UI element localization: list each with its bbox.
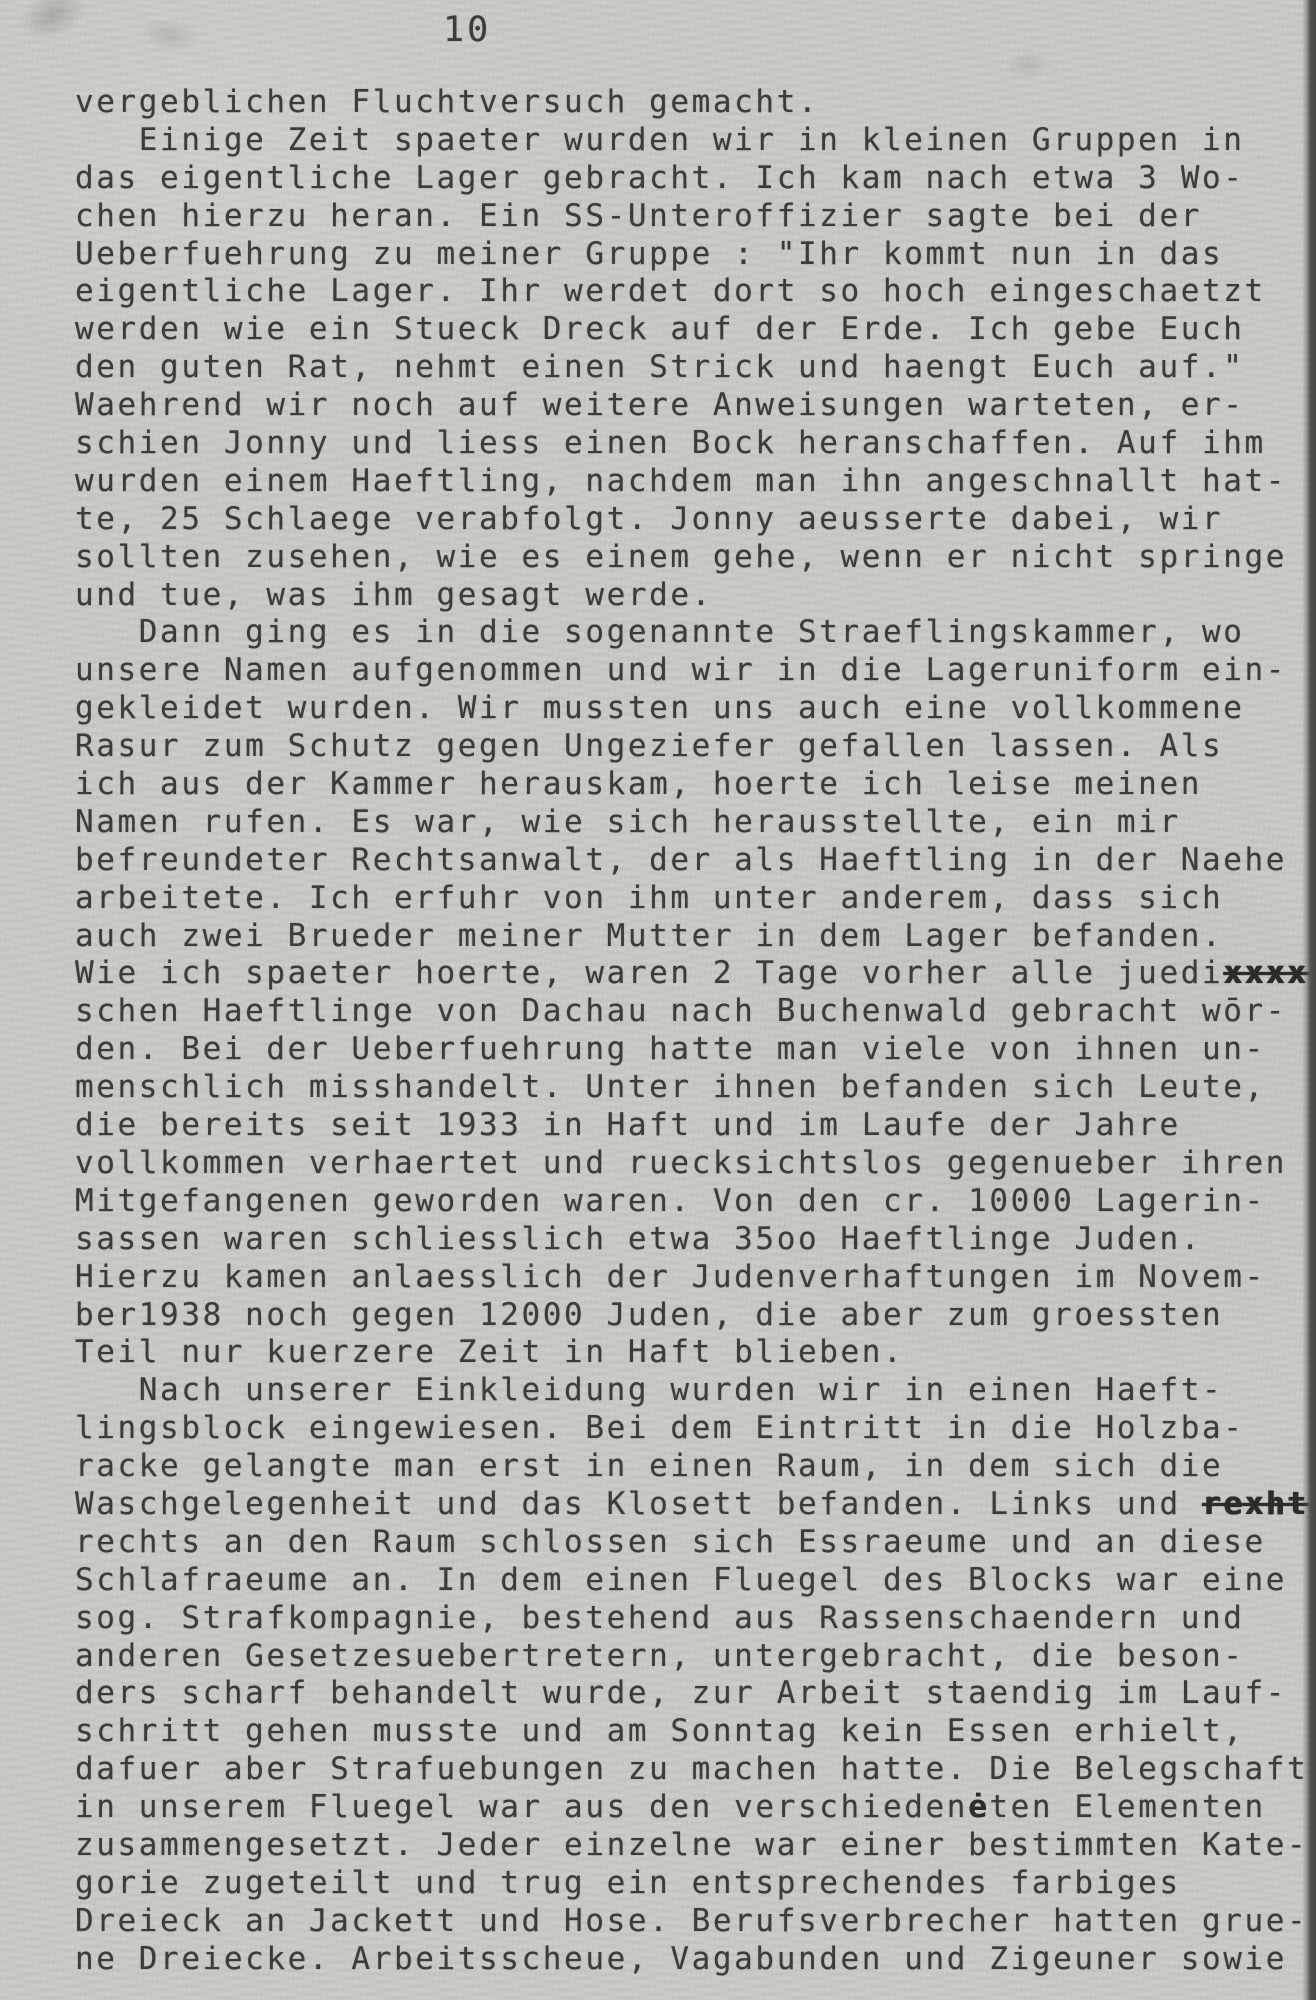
- text-segment: ten Elementen: [989, 1789, 1265, 1825]
- text-segment: lingsblock eingewiesen. Bei dem Eintritt…: [75, 1410, 1245, 1446]
- text-line: auch zwei Brueder meiner Mutter in dem L…: [75, 918, 1316, 956]
- text-line: rechts an den Raum schlossen sich Essrae…: [75, 1524, 1316, 1562]
- text-segment: schien Jonny und liess einen Bock herans…: [75, 425, 1266, 461]
- scanned-page: 10 vergeblichen Fluchtversuch gemacht. E…: [0, 0, 1316, 2000]
- smudge-mark: [12, 0, 95, 51]
- text-segment: Einige Zeit spaeter wurden wir in kleine…: [75, 122, 1245, 158]
- text-line: Dann ging es in die sogenannte Straeflin…: [75, 614, 1316, 652]
- text-segment: te, 25 Schlaege verabfolgt. Jonny aeusse…: [75, 501, 1223, 537]
- text-segment: chen hierzu heran. Ein SS-Unteroffizier …: [75, 198, 1202, 234]
- text-segment: werden wie ein Stueck Dreck auf der Erde…: [75, 311, 1245, 347]
- text-line: Ueberfuehrung zu meiner Gruppe : "Ihr ko…: [75, 236, 1316, 274]
- text-line: zusammengesetzt. Jeder einzelne war eine…: [75, 1827, 1316, 1865]
- text-line: den guten Rat, nehmt einen Strick und ha…: [75, 349, 1316, 387]
- text-segment: schen Haeftlinge von Dachau nach Buchenw…: [75, 993, 1287, 1029]
- text-line: lingsblock eingewiesen. Bei dem Eintritt…: [75, 1410, 1316, 1448]
- text-segment: zusammengesetzt. Jeder einzelne war eine…: [75, 1827, 1308, 1863]
- text-segment: Hierzu kamen anlaesslich der Judenverhaf…: [75, 1259, 1266, 1295]
- text-segment: befreundeter Rechtsanwalt, der als Haeft…: [75, 842, 1287, 878]
- text-line: chen hierzu heran. Ein SS-Unteroffizier …: [75, 198, 1316, 236]
- text-segment: eigentliche Lager. Ihr werdet dort so ho…: [75, 273, 1266, 309]
- text-segment: ber1938 noch gegen 12000 Juden, die aber…: [75, 1297, 1223, 1333]
- text-segment: unsere Namen aufgenommen und wir in die …: [75, 652, 1287, 688]
- text-line: ne Dreiecke. Arbeitsscheue, Vagabunden u…: [75, 1941, 1316, 1979]
- text-segment: Schlafraeume an. In dem einen Fluegel de…: [75, 1562, 1287, 1598]
- text-segment: gorie zugeteilt und trug ein entsprechen…: [75, 1865, 1181, 1901]
- text-line: Einige Zeit spaeter wurden wir in kleine…: [75, 122, 1316, 160]
- text-line: in unserem Fluegel war aus den verschied…: [75, 1789, 1316, 1827]
- text-segment: schritt gehen musste und am Sonntag kein…: [75, 1713, 1245, 1749]
- text-line: sog. Strafkompagnie, bestehend aus Rasse…: [75, 1600, 1316, 1638]
- text-line: ders scharf behandelt wurde, zur Arbeit …: [75, 1675, 1316, 1713]
- text-segment: den. Bei der Ueberfuehrung hatte man vie…: [75, 1031, 1266, 1067]
- text-segment: wurden einem Haeftling, nachdem man ihn …: [75, 463, 1287, 499]
- text-segment: Namen rufen. Es war, wie sich herausstel…: [75, 804, 1181, 840]
- document-lines: vergeblichen Fluchtversuch gemacht. Eini…: [75, 84, 1316, 1979]
- scan-edge: [1302, 0, 1316, 2000]
- text-segment: Teil nur kuerzere Zeit in Haft blieben.: [75, 1334, 904, 1370]
- text-segment: sog. Strafkompagnie, bestehend aus Rasse…: [75, 1600, 1245, 1636]
- text-segment: die bereits seit 1933 in Haft und im Lau…: [75, 1107, 1181, 1143]
- text-segment: anderen Gesetzesuebertretern, untergebra…: [75, 1638, 1245, 1674]
- text-segment: den guten Rat, nehmt einen Strick und ha…: [75, 349, 1245, 385]
- text-line: te, 25 Schlaege verabfolgt. Jonny aeusse…: [75, 501, 1316, 539]
- text-segment: Ueberfuehrung zu meiner Gruppe : "Ihr ko…: [75, 236, 1223, 272]
- text-segment: sollten zusehen, wie es einem gehe, wenn…: [75, 539, 1287, 575]
- text-line: racke gelangte man erst in einen Raum, i…: [75, 1448, 1316, 1486]
- text-line: werden wie ein Stueck Dreck auf der Erde…: [75, 311, 1316, 349]
- text-line: gorie zugeteilt und trug ein entsprechen…: [75, 1865, 1316, 1903]
- text-line: Mitgefangenen geworden waren. Von den cr…: [75, 1183, 1316, 1221]
- text-segment: das eigentliche Lager gebracht. Ich kam …: [75, 160, 1245, 196]
- text-line: und tue, was ihm gesagt werde.: [75, 577, 1316, 615]
- text-line: Waehrend wir noch auf weitere Anweisunge…: [75, 387, 1316, 425]
- text-line: Schlafraeume an. In dem einen Fluegel de…: [75, 1562, 1316, 1600]
- text-line: Dreieck an Jackett und Hose. Berufsverbr…: [75, 1903, 1316, 1941]
- text-segment: gekleidet wurden. Wir mussten uns auch e…: [75, 690, 1245, 726]
- text-line: Waschgelegenheit und das Klosett befande…: [75, 1486, 1316, 1524]
- text-line: unsere Namen aufgenommen und wir in die …: [75, 652, 1316, 690]
- text-segment: Mitgefangenen geworden waren. Von den cr…: [75, 1183, 1266, 1219]
- text-line: gekleidet wurden. Wir mussten uns auch e…: [75, 690, 1316, 728]
- text-segment: ich aus der Kammer herauskam, hoerte ich…: [75, 766, 1202, 802]
- text-segment: Rasur zum Schutz gegen Ungeziefer gefall…: [75, 728, 1223, 764]
- overstruck-text: xxxx: [1223, 955, 1308, 991]
- text-line: ber1938 noch gegen 12000 Juden, die aber…: [75, 1297, 1316, 1335]
- text-line: das eigentliche Lager gebracht. Ich kam …: [75, 160, 1316, 198]
- text-segment: in unserem Fluegel war aus den verschied…: [75, 1789, 968, 1825]
- text-segment: rechts an den Raum schlossen sich Essrae…: [75, 1524, 1266, 1560]
- text-line: wurden einem Haeftling, nachdem man ihn …: [75, 463, 1316, 501]
- text-segment: Dreieck an Jackett und Hose. Berufsverbr…: [75, 1903, 1308, 1939]
- text-segment: menschlich misshandelt. Unter ihnen befa…: [75, 1069, 1266, 1105]
- text-line: die bereits seit 1933 in Haft und im Lau…: [75, 1107, 1316, 1145]
- text-line: schritt gehen musste und am Sonntag kein…: [75, 1713, 1316, 1751]
- text-segment: ne Dreiecke. Arbeitsscheue, Vagabunden u…: [75, 1941, 1287, 1977]
- text-line: arbeitete. Ich erfuhr von ihm unter ande…: [75, 880, 1316, 918]
- text-line: befreundeter Rechtsanwalt, der als Haeft…: [75, 842, 1316, 880]
- text-line: anderen Gesetzesuebertretern, untergebra…: [75, 1638, 1316, 1676]
- text-segment: ders scharf behandelt wurde, zur Arbeit …: [75, 1675, 1287, 1711]
- text-segment: vergeblichen Fluchtversuch gemacht.: [75, 84, 819, 120]
- text-line: schen Haeftlinge von Dachau nach Buchenw…: [75, 993, 1316, 1031]
- smudge-mark: [138, 13, 203, 57]
- text-line: schien Jonny und liess einen Bock herans…: [75, 425, 1316, 463]
- text-line: Teil nur kuerzere Zeit in Haft blieben.: [75, 1334, 1316, 1372]
- text-segment: Waschgelegenheit und das Klosett befande…: [75, 1486, 1202, 1522]
- text-line: Rasur zum Schutz gegen Ungeziefer gefall…: [75, 728, 1316, 766]
- text-line: eigentliche Lager. Ihr werdet dort so ho…: [75, 273, 1316, 311]
- text-segment: Nach unserer Einkleidung wurden wir in e…: [75, 1372, 1223, 1408]
- text-segment: auch zwei Brueder meiner Mutter in dem L…: [75, 918, 1223, 954]
- text-segment: ė: [968, 1789, 989, 1825]
- text-line: vollkommen verhaertet und ruecksichtslos…: [75, 1145, 1316, 1183]
- text-line: sassen waren schliesslich etwa 35oo Haef…: [75, 1221, 1316, 1259]
- text-segment: sassen waren schliesslich etwa 35oo Haef…: [75, 1221, 1202, 1257]
- text-line: sollten zusehen, wie es einem gehe, wenn…: [75, 539, 1316, 577]
- text-segment: Dann ging es in die sogenannte Straeflin…: [75, 614, 1245, 650]
- text-segment: Wie ich spaeter hoerte, waren 2 Tage vor…: [75, 955, 1223, 991]
- text-line: ich aus der Kammer herauskam, hoerte ich…: [75, 766, 1316, 804]
- text-segment: racke gelangte man erst in einen Raum, i…: [75, 1448, 1223, 1484]
- text-segment: arbeitete. Ich erfuhr von ihm unter ande…: [75, 880, 1223, 916]
- text-segment: dafuer aber Strafuebungen zu machen hatt…: [75, 1751, 1308, 1787]
- text-segment: und tue, was ihm gesagt werde.: [75, 577, 713, 613]
- text-line: Hierzu kamen anlaesslich der Judenverhaf…: [75, 1259, 1316, 1297]
- overstruck-text: rexht: [1202, 1486, 1308, 1522]
- page-number: 10: [443, 10, 491, 50]
- text-line: Nach unserer Einkleidung wurden wir in e…: [75, 1372, 1316, 1410]
- text-line: Namen rufen. Es war, wie sich herausstel…: [75, 804, 1316, 842]
- text-segment: Waehrend wir noch auf weitere Anweisunge…: [75, 387, 1245, 423]
- text-line: vergeblichen Fluchtversuch gemacht.: [75, 84, 1316, 122]
- text-line: menschlich misshandelt. Unter ihnen befa…: [75, 1069, 1316, 1107]
- text-segment: vollkommen verhaertet und ruecksichtslos…: [75, 1145, 1287, 1181]
- text-line: Wie ich spaeter hoerte, waren 2 Tage vor…: [75, 955, 1316, 993]
- smudge-mark: [1005, 50, 1051, 80]
- text-line: dafuer aber Strafuebungen zu machen hatt…: [75, 1751, 1316, 1789]
- text-line: den. Bei der Ueberfuehrung hatte man vie…: [75, 1031, 1316, 1069]
